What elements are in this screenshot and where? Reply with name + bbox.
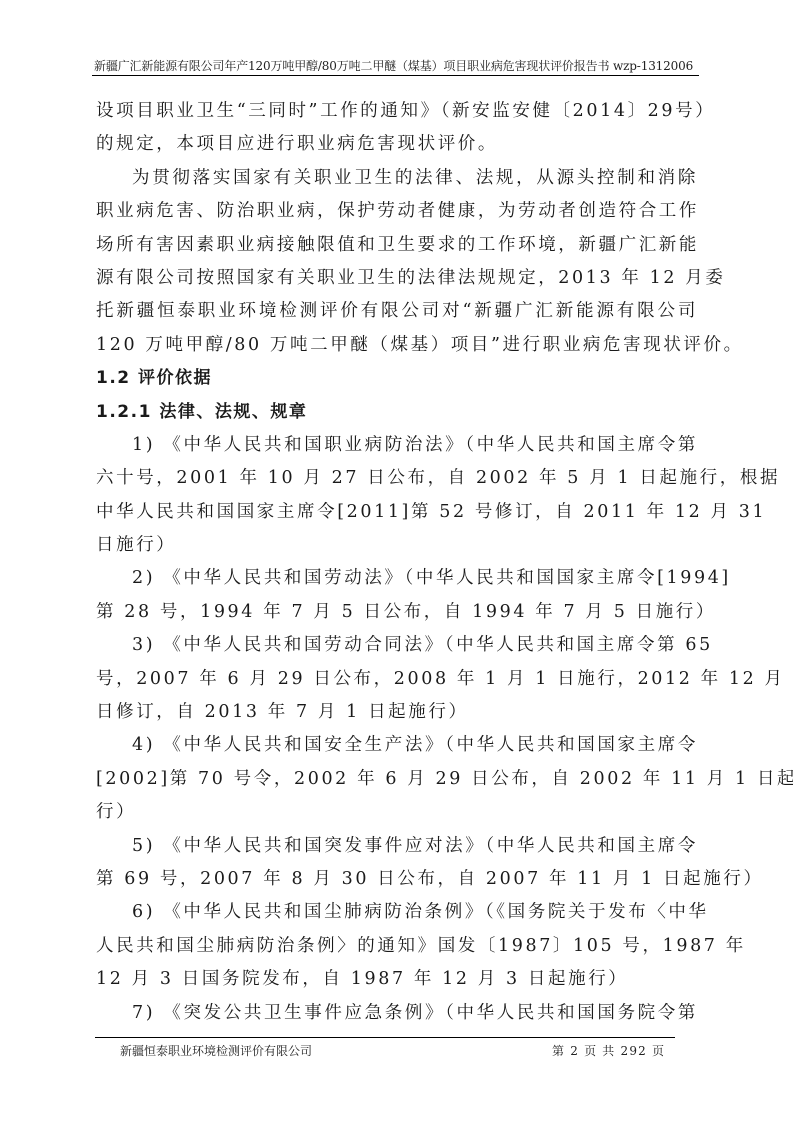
text-line: 日施行） <box>96 529 698 562</box>
text-line: 设项目职业卫生“三同时”工作的通知》（新安监安健〔2014〕29号） <box>96 95 698 128</box>
text-line: 源有限公司按照国家有关职业卫生的法律法规规定，2013 年 12 月委 <box>96 262 698 295</box>
document-body: 设项目职业卫生“三同时”工作的通知》（新安监安健〔2014〕29号）的规定，本项… <box>96 95 698 1030</box>
text-line: 2) 《中华人民共和国劳动法》（中华人民共和国国家主席令[1994] <box>96 562 698 595</box>
page-header: 新疆广汇新能源有限公司年产120万吨甲醇/80万吨二甲醚（煤基）项目职业病危害现… <box>92 54 699 76</box>
text-line: 行） <box>96 796 698 829</box>
text-line: 托新疆恒泰职业环境检测评价有限公司对“新疆广汇新能源有限公司 <box>96 295 698 328</box>
section-heading: 1.2 评价依据 <box>96 362 698 395</box>
text-line: 1) 《中华人民共和国职业病防治法》（中华人民共和国主席令第 <box>96 429 698 462</box>
text-line: [2002]第 70 号令，2002 年 6 月 29 日公布，自 2002 年… <box>96 763 698 796</box>
footer-company: 新疆恒泰职业环境检测评价有限公司 <box>120 1042 312 1059</box>
text-line: 场所有害因素职业病接触限值和卫生要求的工作环境，新疆广汇新能 <box>96 229 698 262</box>
text-line: 为贯彻落实国家有关职业卫生的法律、法规，从源头控制和消除 <box>96 162 698 195</box>
text-line: 120 万吨甲醇/80 万吨二甲醚（煤基）项目”进行职业病危害现状评价。 <box>96 329 698 362</box>
text-line: 3) 《中华人民共和国劳动合同法》（中华人民共和国主席令第 65 <box>96 629 698 662</box>
text-line: 人民共和国尘肺病防治条例〉的通知》国发〔1987〕105 号，1987 年 <box>96 930 698 963</box>
section-heading: 1.2.1 法律、法规、规章 <box>96 396 698 429</box>
footer-page-info: 第 2 页 共 292 页 <box>552 1042 665 1059</box>
text-line: 7) 《突发公共卫生事件应急条例》（中华人民共和国国务院令第 <box>96 997 698 1030</box>
text-line: 号，2007 年 6 月 29 日公布，2008 年 1 月 1 日施行，201… <box>96 663 698 696</box>
text-line: 12 月 3 日国务院发布，自 1987 年 12 月 3 日起施行） <box>96 963 698 996</box>
text-line: 中华人民共和国国家主席令[2011]第 52 号修订，自 2011 年 12 月… <box>96 496 698 529</box>
text-line: 5) 《中华人民共和国突发事件应对法》（中华人民共和国主席令 <box>96 830 698 863</box>
text-line: 4) 《中华人民共和国安全生产法》（中华人民共和国国家主席令 <box>96 729 698 762</box>
text-line: 六十号，2001 年 10 月 27 日公布，自 2002 年 5 月 1 日起… <box>96 462 698 495</box>
text-line: 日修订，自 2013 年 7 月 1 日起施行） <box>96 696 698 729</box>
text-line: 6) 《中华人民共和国尘肺病防治条例》（《国务院关于发布〈中华 <box>96 896 698 929</box>
text-line: 第 69 号，2007 年 8 月 30 日公布，自 2007 年 11 月 1… <box>96 863 698 896</box>
text-line: 职业病危害、防治职业病，保护劳动者健康，为劳动者创造符合工作 <box>96 195 698 228</box>
header-title: 新疆广汇新能源有限公司年产120万吨甲醇/80万吨二甲醚（煤基）项目职业病危害现… <box>94 57 693 74</box>
text-line: 第 28 号，1994 年 7 月 5 日公布，自 1994 年 7 月 5 日… <box>96 596 698 629</box>
text-line: 的规定，本项目应进行职业病危害现状评价。 <box>96 128 698 161</box>
footer-divider <box>95 1037 675 1038</box>
